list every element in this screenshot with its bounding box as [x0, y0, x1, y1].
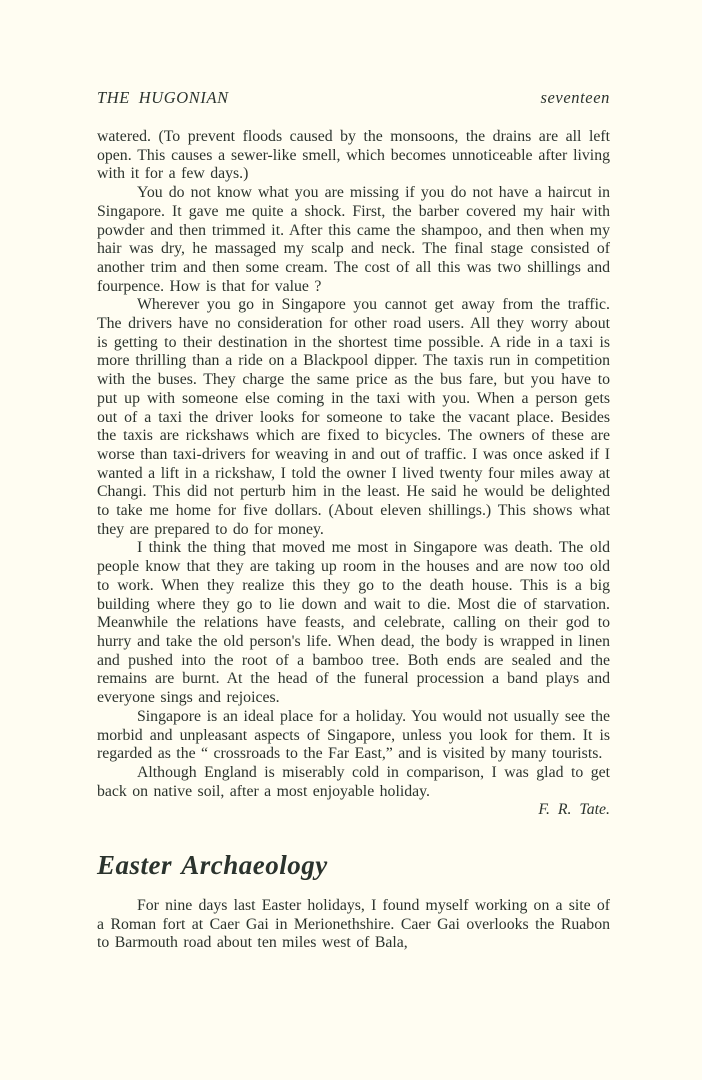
article-body: watered. (To prevent floods caused by th… [97, 128, 610, 953]
paragraph-traffic: Wherever you go in Singapore you cannot … [97, 296, 610, 539]
paragraph-england: Although England is miserably cold in co… [97, 764, 610, 801]
easter-archaeology-heading: Easter Archaeology [97, 850, 610, 881]
page-header: THE HUGONIAN seventeen [97, 88, 610, 108]
paragraph-death: I think the thing that moved me most in … [97, 539, 610, 707]
paragraph-caer-gai: For nine days last Easter holidays, I fo… [97, 897, 610, 953]
journal-title: THE HUGONIAN [97, 88, 229, 108]
paragraph-watered-continuation: watered. (To prevent floods caused by th… [97, 128, 610, 184]
paragraph-holiday: Singapore is an ideal place for a holida… [97, 708, 610, 764]
magazine-page: THE HUGONIAN seventeen watered. (To prev… [0, 0, 702, 1080]
page-number: seventeen [540, 88, 610, 108]
paragraph-haircut: You do not know what you are missing if … [97, 184, 610, 296]
author-signature: F. R. Tate. [97, 801, 610, 820]
